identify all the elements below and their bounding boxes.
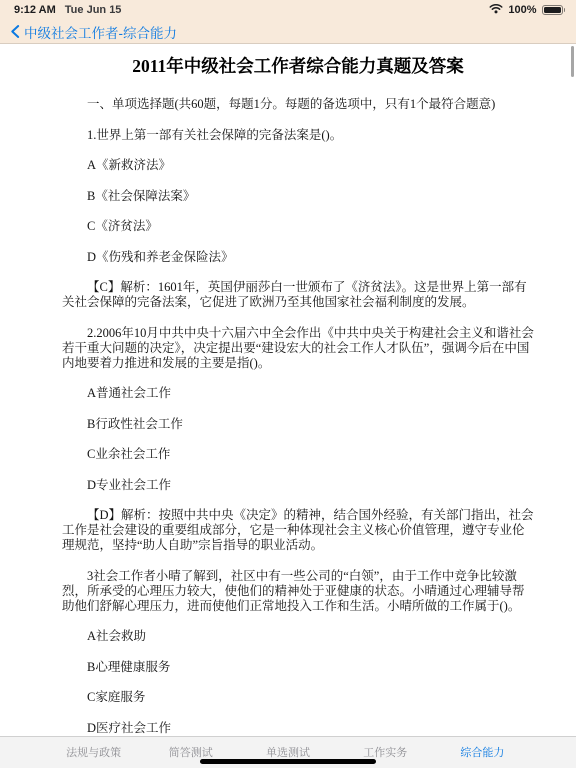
document-title: 2011年中级社会工作者综合能力真题及答案 bbox=[62, 56, 534, 77]
section-header: 一、单项选择题(共60题，每题1分。每题的备选项中，只有1个最符合题意) bbox=[62, 97, 534, 112]
question-1: 1.世界上第一部有关社会保障的完备法案是()。 bbox=[62, 128, 534, 143]
wifi-icon bbox=[489, 3, 503, 17]
back-button[interactable]: 中级社会工作者-综合能力 bbox=[10, 22, 177, 42]
date: Tue Jun 15 bbox=[65, 4, 122, 16]
q2-option-a: A普通社会工作 bbox=[62, 386, 534, 401]
tab-bar: 法规与政策 简答测试 单选测试 工作实务 综合能力 bbox=[0, 736, 576, 768]
q2-option-b: B行政性社会工作 bbox=[62, 417, 534, 432]
back-button-label: 中级社会工作者-综合能力 bbox=[24, 22, 177, 42]
q2-answer-analysis: 【D】解析：按照中共中央《决定》的精神，结合国外经验，有关部门指出，社会工作是社… bbox=[62, 508, 534, 553]
q1-option-c: C《济贫法》 bbox=[62, 219, 534, 234]
q3-option-b: B心理健康服务 bbox=[62, 660, 534, 675]
q1-option-a: A《新救济法》 bbox=[62, 158, 534, 173]
tab-regulations-policy[interactable]: 法规与政策 bbox=[45, 737, 142, 768]
q2-option-c: C业余社会工作 bbox=[62, 447, 534, 462]
document-scroll-area[interactable]: 2011年中级社会工作者综合能力真题及答案 一、单项选择题(共60题，每题1分。… bbox=[0, 44, 576, 736]
status-bar: 9:12 AM Tue Jun 15 100% bbox=[0, 0, 576, 20]
app-screen: 9:12 AM Tue Jun 15 100% bbox=[0, 0, 576, 768]
battery-percent: 100% bbox=[508, 4, 536, 16]
question-2: 2.2006年10月中共中央十六届六中全会作出《中共中央关于构建社会主义和谐社会… bbox=[62, 326, 534, 371]
status-bar-left: 9:12 AM Tue Jun 15 bbox=[11, 4, 121, 16]
navigation-bar: 中级社会工作者-综合能力 bbox=[0, 20, 576, 44]
status-bar-right: 100% bbox=[489, 3, 565, 17]
tab-comprehensive-ability[interactable]: 综合能力 bbox=[434, 737, 531, 768]
q3-option-a: A社会救助 bbox=[62, 629, 534, 644]
question-3: 3社会工作者小晴了解到，社区中有一些公司的“白领”，由于工作中竞争比较激烈，所承… bbox=[62, 569, 534, 614]
scrollbar-thumb[interactable] bbox=[571, 46, 574, 77]
q1-option-d: D《伤残和养老金保险法》 bbox=[62, 250, 534, 265]
q1-answer-analysis: 【C】解析：1601年，英国伊丽莎白一世颁布了《济贫法》。这是世界上第一部有关社… bbox=[62, 280, 534, 310]
q2-option-d: D专业社会工作 bbox=[62, 478, 534, 493]
q3-option-c: C家庭服务 bbox=[62, 690, 534, 705]
q3-option-d: D医疗社会工作 bbox=[62, 721, 534, 736]
chevron-left-icon bbox=[10, 24, 20, 39]
clock: 9:12 AM bbox=[14, 4, 56, 16]
q1-option-b: B《社会保障法案》 bbox=[62, 189, 534, 204]
battery-icon bbox=[542, 5, 566, 15]
home-indicator[interactable] bbox=[200, 759, 376, 764]
